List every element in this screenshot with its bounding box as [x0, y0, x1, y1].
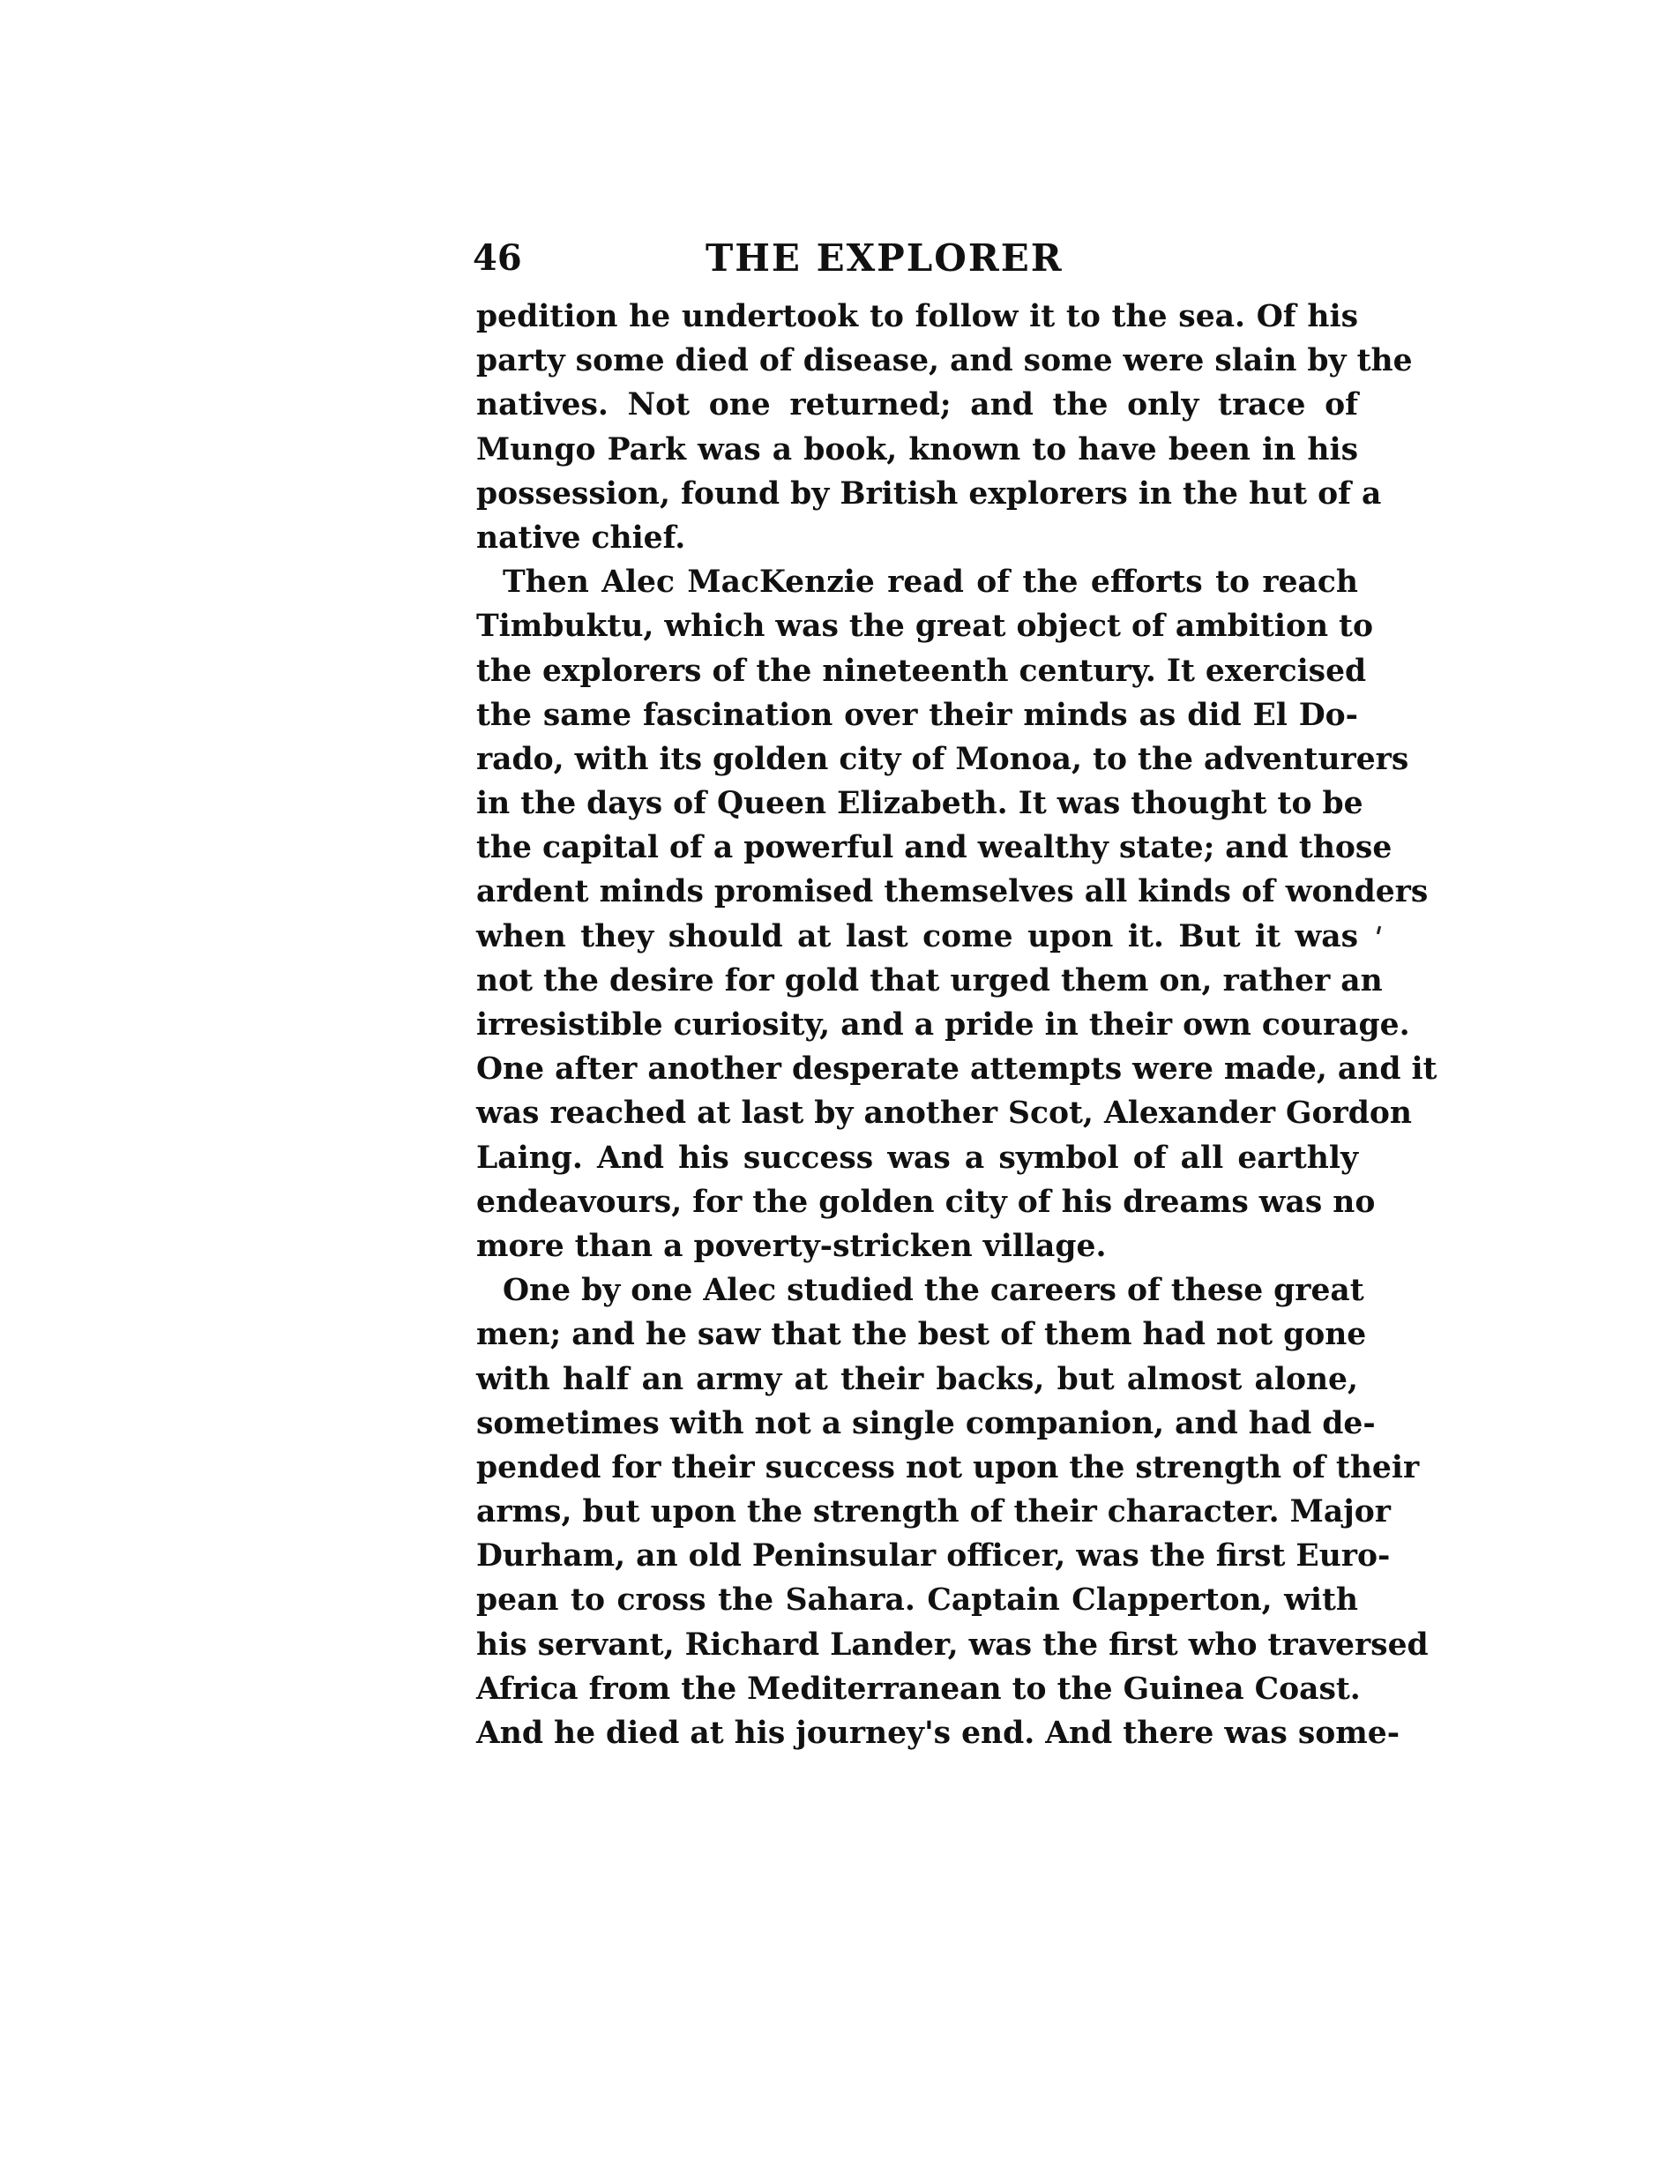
text-line: men; and he saw that the best of them ha… — [476, 1313, 1358, 1357]
text-line: Timbuktu, which was the great object of … — [476, 604, 1358, 648]
text-line: pean to cross the Sahara. Captain Clappe… — [476, 1578, 1358, 1622]
text-line: the explorers of the nineteenth century.… — [476, 649, 1358, 693]
text-line: natives. Not one returned; and the only … — [476, 383, 1358, 427]
text-line: with half an army at their backs, but al… — [476, 1358, 1358, 1402]
running-head: 46 THE EXPLORER — [473, 236, 1358, 280]
text-line: party some died of disease, and some wer… — [476, 339, 1358, 383]
scan-speck — [1377, 926, 1381, 934]
text-line: arms, but upon the strength of their cha… — [476, 1490, 1358, 1534]
text-line: Laing. And his success was a symbol of a… — [476, 1136, 1358, 1180]
text-line: when they should at last come upon it. B… — [476, 915, 1358, 959]
text-line: more than a poverty-stricken village. — [476, 1224, 1358, 1268]
body-text: pedition he undertook to follow it to th… — [476, 295, 1358, 1755]
text-line: Then Alec MacKenzie read of the efforts … — [476, 560, 1358, 604]
text-line: possession, found by British explorers i… — [476, 472, 1358, 516]
text-line: native chief. — [476, 516, 1358, 560]
text-line: Durham, an old Peninsular officer, was t… — [476, 1534, 1358, 1578]
text-line: ardent minds promised themselves all kin… — [476, 870, 1358, 914]
paragraph-3: One by one Alec studied the careers of t… — [476, 1268, 1358, 1755]
text-line: sometimes with not a single companion, a… — [476, 1402, 1358, 1446]
text-line: irresistible curiosity, and a pride in t… — [476, 1003, 1358, 1047]
paragraph-1: pedition he undertook to follow it to th… — [476, 295, 1358, 560]
text-line: in the days of Queen Elizabeth. It was t… — [476, 782, 1358, 826]
text-line: And he died at his journey's end. And th… — [476, 1711, 1358, 1755]
book-page: 46 THE EXPLORER pedition he undertook to… — [0, 0, 1680, 2184]
text-line: One by one Alec studied the careers of t… — [476, 1268, 1358, 1313]
text-line: Africa from the Mediterranean to the Gui… — [476, 1667, 1358, 1711]
text-line: pended for their success not upon the st… — [476, 1446, 1358, 1490]
text-line: pedition he undertook to follow it to th… — [476, 295, 1358, 339]
text-line: Mungo Park was a book, known to have bee… — [476, 428, 1358, 472]
text-line: his servant, Richard Lander, was the fir… — [476, 1623, 1358, 1667]
paragraph-2: Then Alec MacKenzie read of the efforts … — [476, 560, 1358, 1268]
text-line: One after another desperate attempts wer… — [476, 1047, 1358, 1091]
running-title: THE EXPLORER — [706, 236, 1064, 280]
page-number: 46 — [473, 236, 522, 280]
text-line: the capital of a powerful and wealthy st… — [476, 826, 1358, 870]
text-line: rado, with its golden city of Monoa, to … — [476, 737, 1358, 782]
text-line: endeavours, for the golden city of his d… — [476, 1180, 1358, 1224]
text-line: not the desire for gold that urged them … — [476, 959, 1358, 1003]
text-line: the same fascination over their minds as… — [476, 693, 1358, 737]
text-line: was reached at last by another Scot, Ale… — [476, 1091, 1358, 1135]
